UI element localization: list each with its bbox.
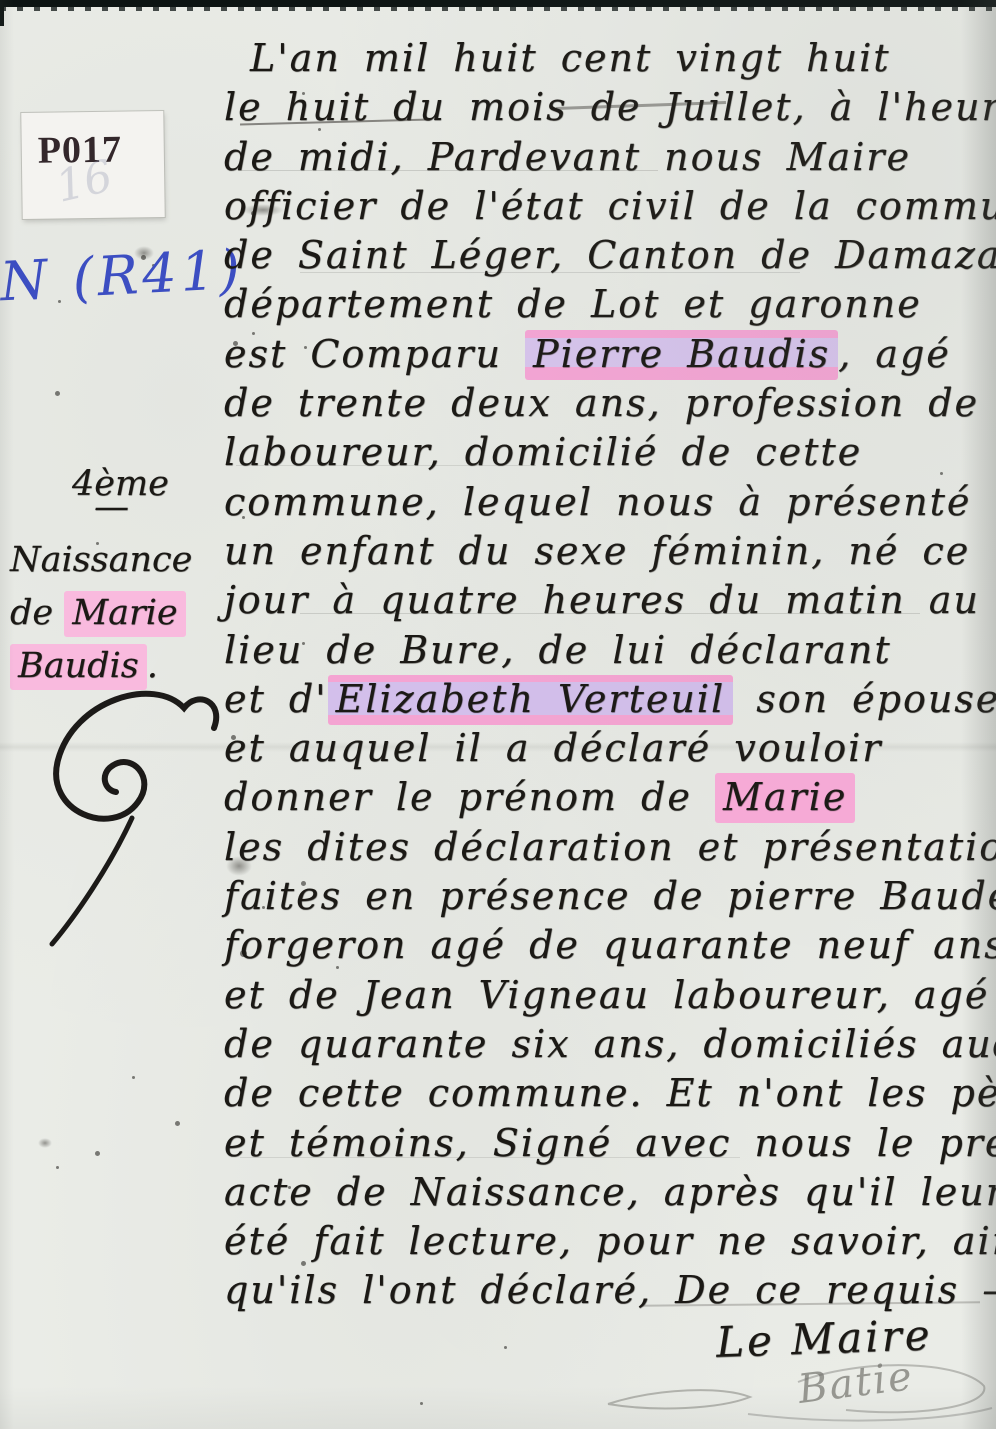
margin-note: 4ème — Naissance de Marie Baudis.: [10, 458, 222, 693]
line-text: jour à quatre heures du matin au: [224, 578, 980, 622]
line-text: département de Lot et garonne: [224, 282, 922, 326]
text-line-1: L'an mil huit cent vingt huit: [224, 34, 996, 83]
text-line-7: est Comparu Pierre Baudis, agé: [224, 330, 996, 379]
highlighted-last-name: Baudis: [10, 644, 147, 690]
text-line-23: et témoins, Signé avec nous le présent: [224, 1119, 996, 1168]
line-text: un enfant du sexe féminin, né ce: [224, 529, 970, 573]
text-line-13: lieu de Bure, de lui déclarant: [224, 626, 996, 675]
scanned-birth-record-page: P017 16 N (R41) 4ème — Naissance de Mari…: [0, 0, 996, 1429]
line-text: de trente deux ans, profession de: [224, 381, 979, 425]
text-line-14: et d'Elizabeth Verteuil son épouse: [224, 675, 996, 724]
line-text: de quarante six ans, domiciliés aud: [224, 1022, 996, 1066]
text-line-18: faites en présence de pierre Baudel: [224, 872, 996, 921]
line-text: forgeron agé de quarante neuf ans: [224, 923, 996, 967]
text-line-25: été fait lecture, pour ne savoir, ainsi: [224, 1217, 996, 1266]
text-line-10: commune, lequel nous à présenté: [224, 478, 996, 527]
text-line-15: et auquel il a déclaré vouloir: [224, 724, 996, 773]
text-line-16: donner le prénom de Marie: [224, 773, 996, 822]
ink-smudge: [38, 1138, 52, 1148]
line-text: acte de Naissance, après qu'il leur en: [224, 1170, 996, 1214]
line-text: et de Jean Vigneau laboureur, agé: [224, 973, 989, 1017]
ghost-marking: 16: [51, 151, 117, 213]
line-text: qu'ils l'ont déclaré, De ce requis —: [224, 1268, 996, 1312]
text-line-8: de trente deux ans, profession de: [224, 379, 996, 428]
highlighted-first-name: Marie: [64, 591, 185, 637]
text-line-19: forgeron agé de quarante neuf ans: [224, 921, 996, 970]
highlighted-name: Pierre Baudis: [525, 330, 838, 380]
margin-dash: —: [10, 481, 222, 534]
text-line-6: département de Lot et garonne: [224, 280, 996, 329]
text-line-22: de cette commune. Et n'ont les père: [224, 1069, 996, 1118]
paraph-flourish: [14, 688, 244, 958]
line-text: , agé: [838, 332, 951, 376]
line-text: L'an mil huit cent vingt huit: [250, 36, 891, 80]
ink-hairline: [300, 613, 920, 614]
text-line-21: de quarante six ans, domiciliés aud: [224, 1020, 996, 1069]
scanner-edge-corner: [0, 0, 4, 26]
text-line-11: un enfant du sexe féminin, né ce: [224, 527, 996, 576]
text-line-26: qu'ils l'ont déclaré, De ce requis —: [224, 1266, 996, 1315]
line-text: lieu de Bure, de lui déclarant: [224, 628, 892, 672]
text-line-20: et de Jean Vigneau laboureur, agé: [224, 971, 996, 1020]
text-line-3: de midi, Pardevant nous Maire: [224, 133, 996, 182]
line-text: de cette commune. Et n'ont les père: [224, 1071, 996, 1115]
line-text: est Comparu: [224, 332, 525, 376]
margin-name-line1: de Marie: [10, 587, 222, 640]
highlighted-name: Elizabeth Verteuil: [328, 675, 734, 725]
line-text: donner le prénom de: [224, 775, 715, 819]
blue-pen-annotation: N (R41): [0, 238, 245, 314]
line-text: de Saint Léger, Canton de Damazan: [224, 233, 996, 277]
archive-label-sticker: P017 16: [21, 111, 164, 219]
paper-speckles: [0, 0, 3, 3]
line-text: son épouse: [733, 677, 996, 721]
line-text: et auquel il a déclaré vouloir: [224, 726, 882, 770]
ink-hairline: [236, 465, 536, 466]
scanner-edge-strip: [0, 0, 996, 7]
highlighted-name: Marie: [715, 773, 855, 823]
line-text: officier de l'état civil de la commune: [224, 184, 996, 228]
text-line-5: de Saint Léger, Canton de Damazan: [224, 231, 996, 280]
text-line-17: les dites déclaration et présentation: [224, 823, 996, 872]
text-line-4: officier de l'état civil de la commune: [224, 182, 996, 231]
line-text: les dites déclaration et présentation: [224, 825, 996, 869]
margin-de: de: [10, 593, 64, 633]
act-body-text: L'an mil huit cent vingt huitle huit du …: [224, 34, 996, 1316]
text-line-9: laboureur, domicilié de cette: [224, 428, 996, 477]
ink-hairline: [240, 1157, 740, 1158]
line-text: commune, lequel nous à présenté: [224, 480, 971, 524]
margin-period: .: [147, 646, 158, 686]
ink-hairline: [300, 272, 800, 273]
margin-name-line2: Baudis.: [10, 640, 222, 693]
line-text: et d': [224, 677, 328, 721]
line-text: de midi, Pardevant nous Maire: [224, 135, 911, 179]
line-text: été fait lecture, pour ne savoir, ainsi: [224, 1219, 996, 1263]
line-text: faites en présence de pierre Baudel: [224, 874, 996, 918]
line-text: laboureur, domicilié de cette: [224, 430, 862, 474]
text-line-24: acte de Naissance, après qu'il leur en: [224, 1168, 996, 1217]
text-line-12: jour à quatre heures du matin au: [224, 576, 996, 625]
pencil-flourish: [598, 1352, 996, 1429]
margin-naissance: Naissance: [10, 534, 222, 587]
ink-hairline: [238, 170, 658, 171]
